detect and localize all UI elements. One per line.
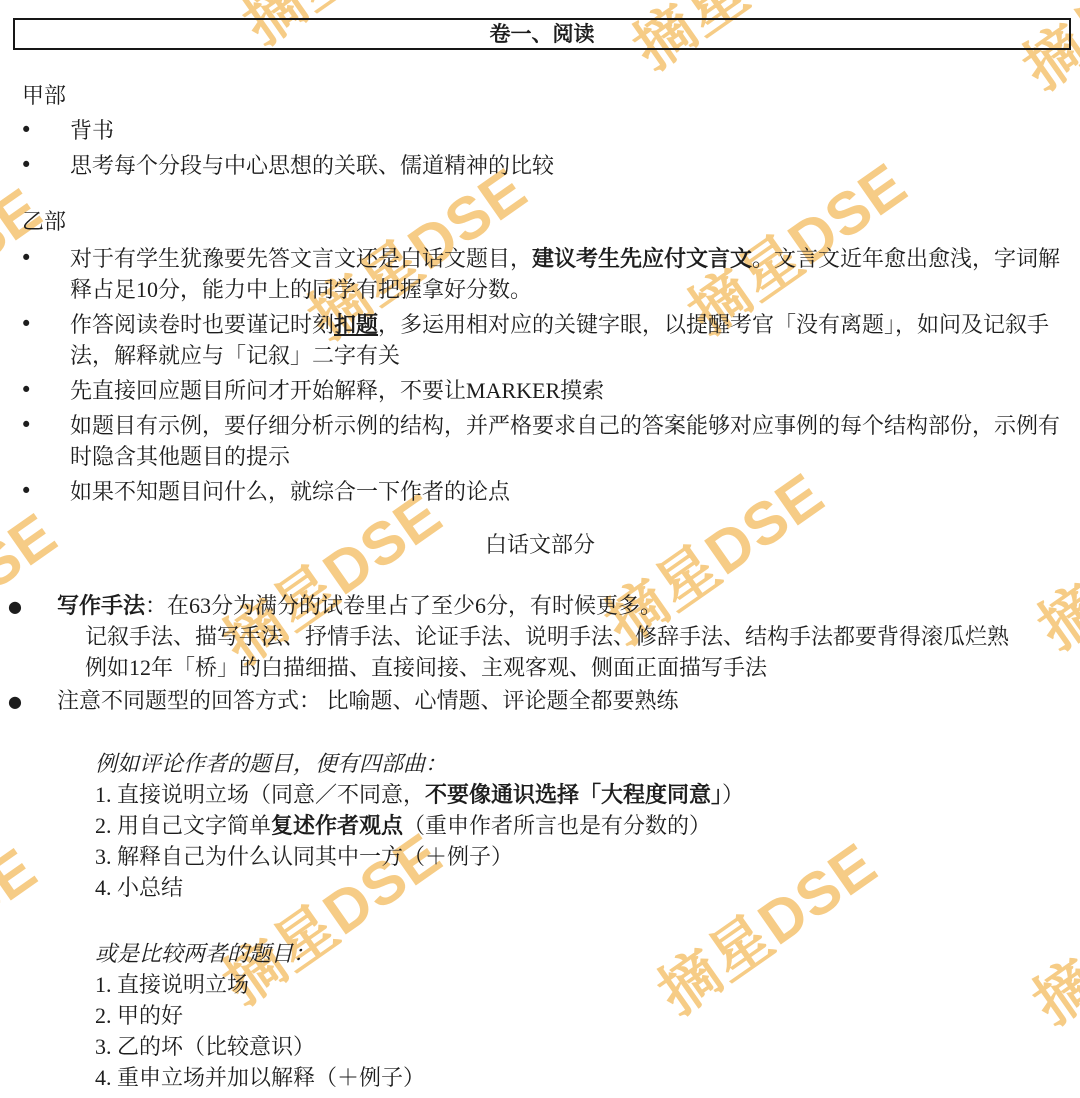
list-item-text: 注意不同题型的回答方式： 比喻题、心情题、评论题全都要熟练	[57, 688, 679, 713]
list-item: ● 写作手法：在63分为满分的试卷里占了至少6分，有时候更多。	[8, 590, 1064, 621]
list-item-text: 对于有学生犹豫要先答文言文还是白话文题目，建议考生先应付文言文。文言文近年愈出愈…	[70, 246, 1060, 302]
block-header: 例如评论作者的题目，便有四部曲：	[95, 748, 1064, 779]
list-item-text: 如题目有示例，要仔细分析示例的结构，并严格要求自己的答案能够对应事例的每个结构部…	[70, 413, 1060, 469]
list-item-text: 先直接回应题目所问才开始解释，不要让MARKER摸索	[70, 378, 604, 403]
bullet-icon: •	[20, 115, 40, 146]
sub-line: 记叙手法、描写手法、抒情手法、论证手法、说明手法、修辞手法、结构手法都要背得滚瓜…	[85, 621, 1064, 652]
document: 卷一、阅读 甲部 • 背书 • 思考每个分段与中心思想的关联、儒道精神的比较 乙…	[0, 18, 1080, 1093]
sub-line: 例如12年「桥」的白描细描、直接间接、主观客观、侧面正面描写手法	[85, 652, 1064, 683]
list-item: • 先直接回应题目所问才开始解释，不要让MARKER摸索	[20, 375, 1064, 406]
numbered-step: 1. 直接说明立场	[95, 969, 1064, 1000]
bullet-icon: •	[20, 410, 40, 441]
list-item: • 背书	[20, 115, 1064, 146]
numbered-step: 3. 解释自己为什么认同其中一方（＋例子）	[95, 841, 1064, 872]
numbered-step: 1. 直接说明立场（同意／不同意，不要像通识选择「大程度同意」）	[95, 779, 1064, 810]
list-item: • 作答阅读卷时也要谨记时刻扣题，多运用相对应的关键字眼，以提醒考官「没有离题」…	[20, 309, 1064, 371]
baihua-heading: 白话文部分	[16, 529, 1064, 560]
bullet-icon: •	[20, 243, 40, 274]
title-box: 卷一、阅读	[13, 18, 1071, 50]
part-b-heading: 乙部	[22, 206, 1064, 237]
list-item-text: 写作手法：在63分为满分的试卷里占了至少6分，有时候更多。	[57, 593, 662, 618]
list-item-text: 如果不知题目问什么，就综合一下作者的论点	[70, 479, 510, 504]
page-title: 卷一、阅读	[490, 19, 595, 50]
block-header: 或是比较两者的题目：	[95, 938, 1064, 969]
list-item: • 如果不知题目问什么，就综合一下作者的论点	[20, 476, 1064, 507]
bold-underline-keyword: 扣题	[334, 312, 378, 337]
bullet-icon: •	[20, 150, 40, 181]
bold-writing-technique: 写作手法	[57, 593, 145, 618]
bold-advice: 建议考生先应付文言文	[532, 246, 752, 271]
bullet-icon: ●	[8, 686, 28, 717]
numbered-step: 2. 甲的好	[95, 1000, 1064, 1031]
numbered-step: 4. 小总结	[95, 872, 1064, 903]
list-item: ● 注意不同题型的回答方式： 比喻题、心情题、评论题全都要熟练	[8, 685, 1064, 716]
numbered-step: 2. 用自己文字简单复述作者观点（重申作者所言也是有分数的）	[95, 810, 1064, 841]
list-item-text: 作答阅读卷时也要谨记时刻扣题，多运用相对应的关键字眼，以提醒考官「没有离题」，如…	[70, 312, 1049, 368]
compare-question-block: 或是比较两者的题目： 1. 直接说明立场 2. 甲的好 3. 乙的坏（比较意识）…	[95, 938, 1064, 1093]
bold-restate: 复述作者观点	[271, 813, 403, 838]
list-item-text: 背书	[70, 118, 114, 143]
list-item-text: 思考每个分段与中心思想的关联、儒道精神的比较	[70, 153, 554, 178]
numbered-step: 4. 重申立场并加以解释（＋例子）	[95, 1062, 1064, 1093]
part-a-heading: 甲部	[22, 80, 1064, 111]
list-item: • 如题目有示例，要仔细分析示例的结构，并严格要求自己的答案能够对应事例的每个结…	[20, 410, 1064, 472]
comment-question-block: 例如评论作者的题目，便有四部曲： 1. 直接说明立场（同意／不同意，不要像通识选…	[95, 748, 1064, 903]
bullet-icon: •	[20, 375, 40, 406]
bold-warning: 不要像通识选择「大程度同意」	[425, 782, 722, 807]
numbered-step: 3. 乙的坏（比较意识）	[95, 1031, 1064, 1062]
bullet-icon: ●	[8, 591, 28, 622]
list-item: • 思考每个分段与中心思想的关联、儒道精神的比较	[20, 150, 1064, 181]
bullet-icon: •	[20, 309, 40, 340]
list-item: • 对于有学生犹豫要先答文言文还是白话文题目，建议考生先应付文言文。文言文近年愈…	[20, 243, 1064, 305]
bullet-icon: •	[20, 476, 40, 507]
